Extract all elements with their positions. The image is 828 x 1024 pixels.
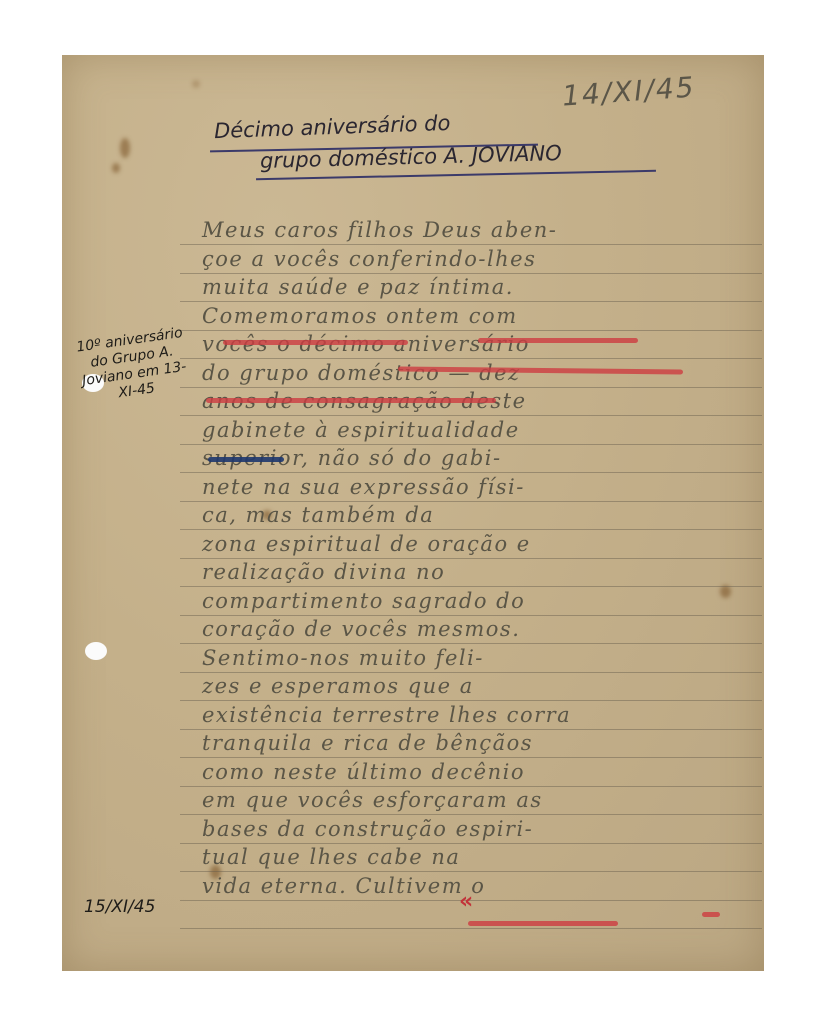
ruled-line — [180, 843, 762, 844]
ruled-line — [180, 301, 762, 302]
red-underline — [206, 398, 496, 403]
body-line: tranquila e rica de bênçãos — [202, 731, 533, 755]
ruled-line — [180, 586, 762, 587]
body-line: realização divina no — [202, 560, 445, 584]
body-line: Meus caros filhos Deus aben- — [202, 218, 557, 242]
ruled-line — [180, 472, 762, 473]
title-line-2: grupo doméstico A. JOVIANO — [260, 141, 562, 173]
punch-hole — [85, 642, 107, 660]
body-line: coração de vocês mesmos. — [202, 617, 520, 641]
ruled-line — [180, 415, 762, 416]
red-underline — [468, 921, 618, 926]
ruled-line — [180, 786, 762, 787]
ruled-line — [180, 729, 762, 730]
body-line: Sentimo-nos muito feli- — [202, 646, 484, 670]
ruled-line — [180, 558, 762, 559]
body-line: bases da construção espiri- — [202, 817, 533, 841]
ruled-line — [180, 244, 762, 245]
stain — [112, 163, 120, 173]
ruled-line — [180, 928, 762, 929]
ruled-line — [180, 358, 762, 359]
body-line: nete na sua expressão físi- — [202, 475, 525, 499]
ruled-line — [180, 672, 762, 673]
body-line: tual que lhes cabe na — [202, 845, 460, 869]
date-top: 14/XI/45 — [561, 70, 697, 112]
body-line: zes e esperamos que a — [202, 674, 474, 698]
body-line: como neste último decênio — [202, 760, 525, 784]
ruled-line — [180, 757, 762, 758]
body-line: em que vocês esforçaram as — [202, 788, 543, 812]
body-line: compartimento sagrado do — [202, 589, 525, 613]
body-line: zona espiritual de oração e — [202, 532, 531, 556]
ruled-line — [180, 529, 762, 530]
body-line: muita saúde e paz íntima. — [202, 275, 514, 299]
body-line: gabinete à espiritualidade — [202, 418, 520, 442]
red-underline — [223, 340, 408, 345]
ruled-line — [180, 273, 762, 274]
ruled-line — [180, 387, 762, 388]
ruled-line — [180, 444, 762, 445]
body-line: çoe a vocês conferindo-lhes — [202, 247, 536, 271]
stain — [120, 138, 130, 158]
title-line-1: Décimo aniversário do — [214, 111, 451, 143]
red-arrow-icon: « — [459, 889, 473, 914]
body-line: Comemoramos ontem com — [202, 304, 518, 328]
ruled-line — [180, 700, 762, 701]
red-underline — [478, 338, 638, 343]
ruled-line — [180, 814, 762, 815]
body-line: ca, mas também da — [202, 503, 434, 527]
body-line: do grupo doméstico — dez — [202, 361, 521, 385]
ruled-line — [180, 643, 762, 644]
stain — [192, 80, 200, 88]
body-line: existência terrestre lhes corra — [202, 703, 571, 727]
ruled-line — [180, 615, 762, 616]
date-bottom: 15/XI/45 — [84, 897, 155, 917]
blue-underline — [208, 457, 284, 462]
body-line: vida eterna. Cultivem o — [202, 874, 485, 898]
ruled-line — [180, 501, 762, 502]
margin-note: 10º aniversário do Grupo A. Joviano em 1… — [74, 325, 192, 408]
manuscript-page: 14/XI/45 Décimo aniversário do grupo dom… — [62, 55, 764, 971]
ruled-line — [180, 330, 762, 331]
ruled-line — [180, 871, 762, 872]
red-underline — [702, 912, 720, 917]
